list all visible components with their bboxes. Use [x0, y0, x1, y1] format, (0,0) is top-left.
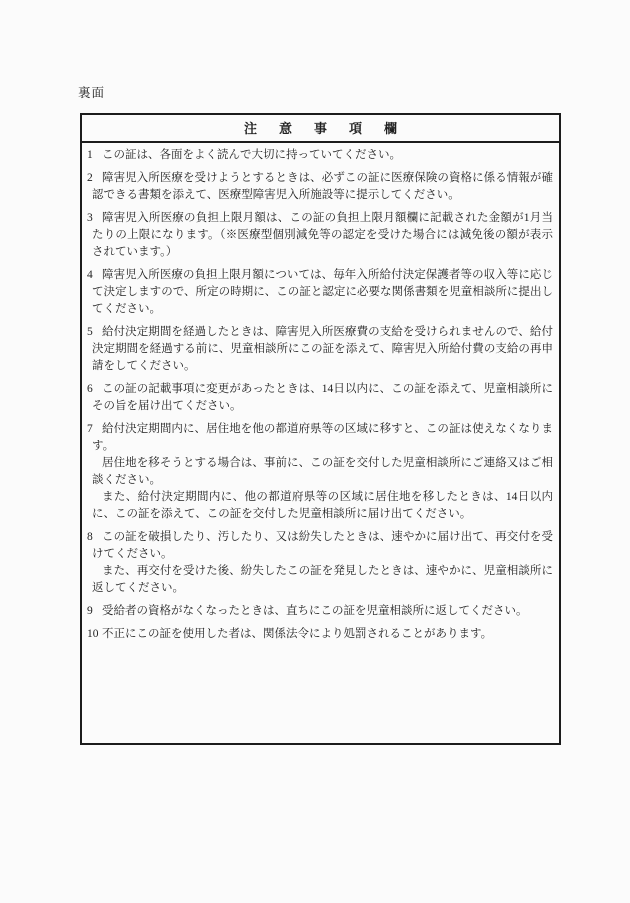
item-paragraph: この証の記載事項に変更があったときは、14日以内に、この証を添えて、児童相談所に…: [92, 381, 553, 415]
item-number: 1: [87, 147, 93, 164]
item-number: 6: [87, 381, 93, 398]
item-paragraph: 給付決定期間を経過したときは、障害児入所医療費の支給を受けられませんので、給付決…: [92, 324, 553, 375]
notice-body: 1 この証は、各面をよく読んで大切に持っていてください。 2 障害児入所医療を受…: [82, 143, 559, 643]
item-paragraph: この証を破損したり、汚したり、又は紛失したときは、速やかに届け出て、再交付を受け…: [92, 529, 553, 563]
notice-item: 7 給付決定期間内に、居住地を他の都道府県等の区域に移すと、この証は使えなくなり…: [87, 421, 553, 523]
notice-item: 1 この証は、各面をよく読んで大切に持っていてください。: [87, 147, 553, 164]
notice-title: 注 意 事 項 欄: [82, 115, 559, 143]
item-paragraph: 居住地を移そうとする場合は、事前に、この証を交付した児童相談所にご連絡又はご相談…: [92, 455, 553, 489]
notice-box: 注 意 事 項 欄 1 この証は、各面をよく読んで大切に持っていてください。 2…: [80, 113, 561, 745]
notice-item: 9 受給者の資格がなくなったときは、直ちにこの証を児童相談所に返してください。: [87, 603, 553, 620]
notice-item: 2 障害児入所医療を受けようとするときは、必ずこの証に医療保険の資格に係る情報が…: [87, 170, 553, 204]
item-number: 9: [87, 603, 93, 620]
item-number: 5: [87, 324, 93, 341]
item-paragraph: 障害児入所医療の負担上限月額については、毎年入所給付決定保護者等の収入等に応じて…: [92, 267, 553, 318]
notice-item: 8 この証を破損したり、汚したり、又は紛失したときは、速やかに届け出て、再交付を…: [87, 529, 553, 597]
item-paragraph: また、給付決定期間内に、他の都道府県等の区域に居住地を移したときは、14日以内に…: [92, 489, 553, 523]
item-paragraph: 受給者の資格がなくなったときは、直ちにこの証を児童相談所に返してください。: [92, 603, 553, 620]
item-paragraph: この証は、各面をよく読んで大切に持っていてください。: [92, 147, 553, 164]
item-number: 2: [87, 170, 93, 187]
item-paragraph: また、再交付を受けた後、紛失したこの証を発見したときは、速やかに、児童相談所に返…: [92, 563, 553, 597]
item-paragraph: 給付決定期間内に、居住地を他の都道府県等の区域に移すと、この証は使えなくなります…: [92, 421, 553, 455]
notice-item: 6 この証の記載事項に変更があったときは、14日以内に、この証を添えて、児童相談…: [87, 381, 553, 415]
page-side-label: 裏面: [78, 83, 105, 101]
item-paragraph: 障害児入所医療の負担上限月額は、この証の負担上限月額欄に記載された金額が1月当た…: [92, 210, 553, 261]
item-number: 8: [87, 529, 93, 546]
notice-item: 4 障害児入所医療の負担上限月額については、毎年入所給付決定保護者等の収入等に応…: [87, 267, 553, 318]
document-page: 裏面 注 意 事 項 欄 1 この証は、各面をよく読んで大切に持っていてください…: [0, 0, 630, 903]
notice-item: 5 給付決定期間を経過したときは、障害児入所医療費の支給を受けられませんので、給…: [87, 324, 553, 375]
item-number: 10: [87, 626, 99, 643]
notice-item: 3 障害児入所医療の負担上限月額は、この証の負担上限月額欄に記載された金額が1月…: [87, 210, 553, 261]
item-paragraph: 不正にこの証を使用した者は、関係法令により処罰されることがあります。: [92, 626, 553, 643]
item-paragraph: 障害児入所医療を受けようとするときは、必ずこの証に医療保険の資格に係る情報が確認…: [92, 170, 553, 204]
item-number: 3: [87, 210, 93, 227]
item-number: 7: [87, 421, 93, 438]
notice-item: 10 不正にこの証を使用した者は、関係法令により処罰されることがあります。: [87, 626, 553, 643]
item-number: 4: [87, 267, 93, 284]
